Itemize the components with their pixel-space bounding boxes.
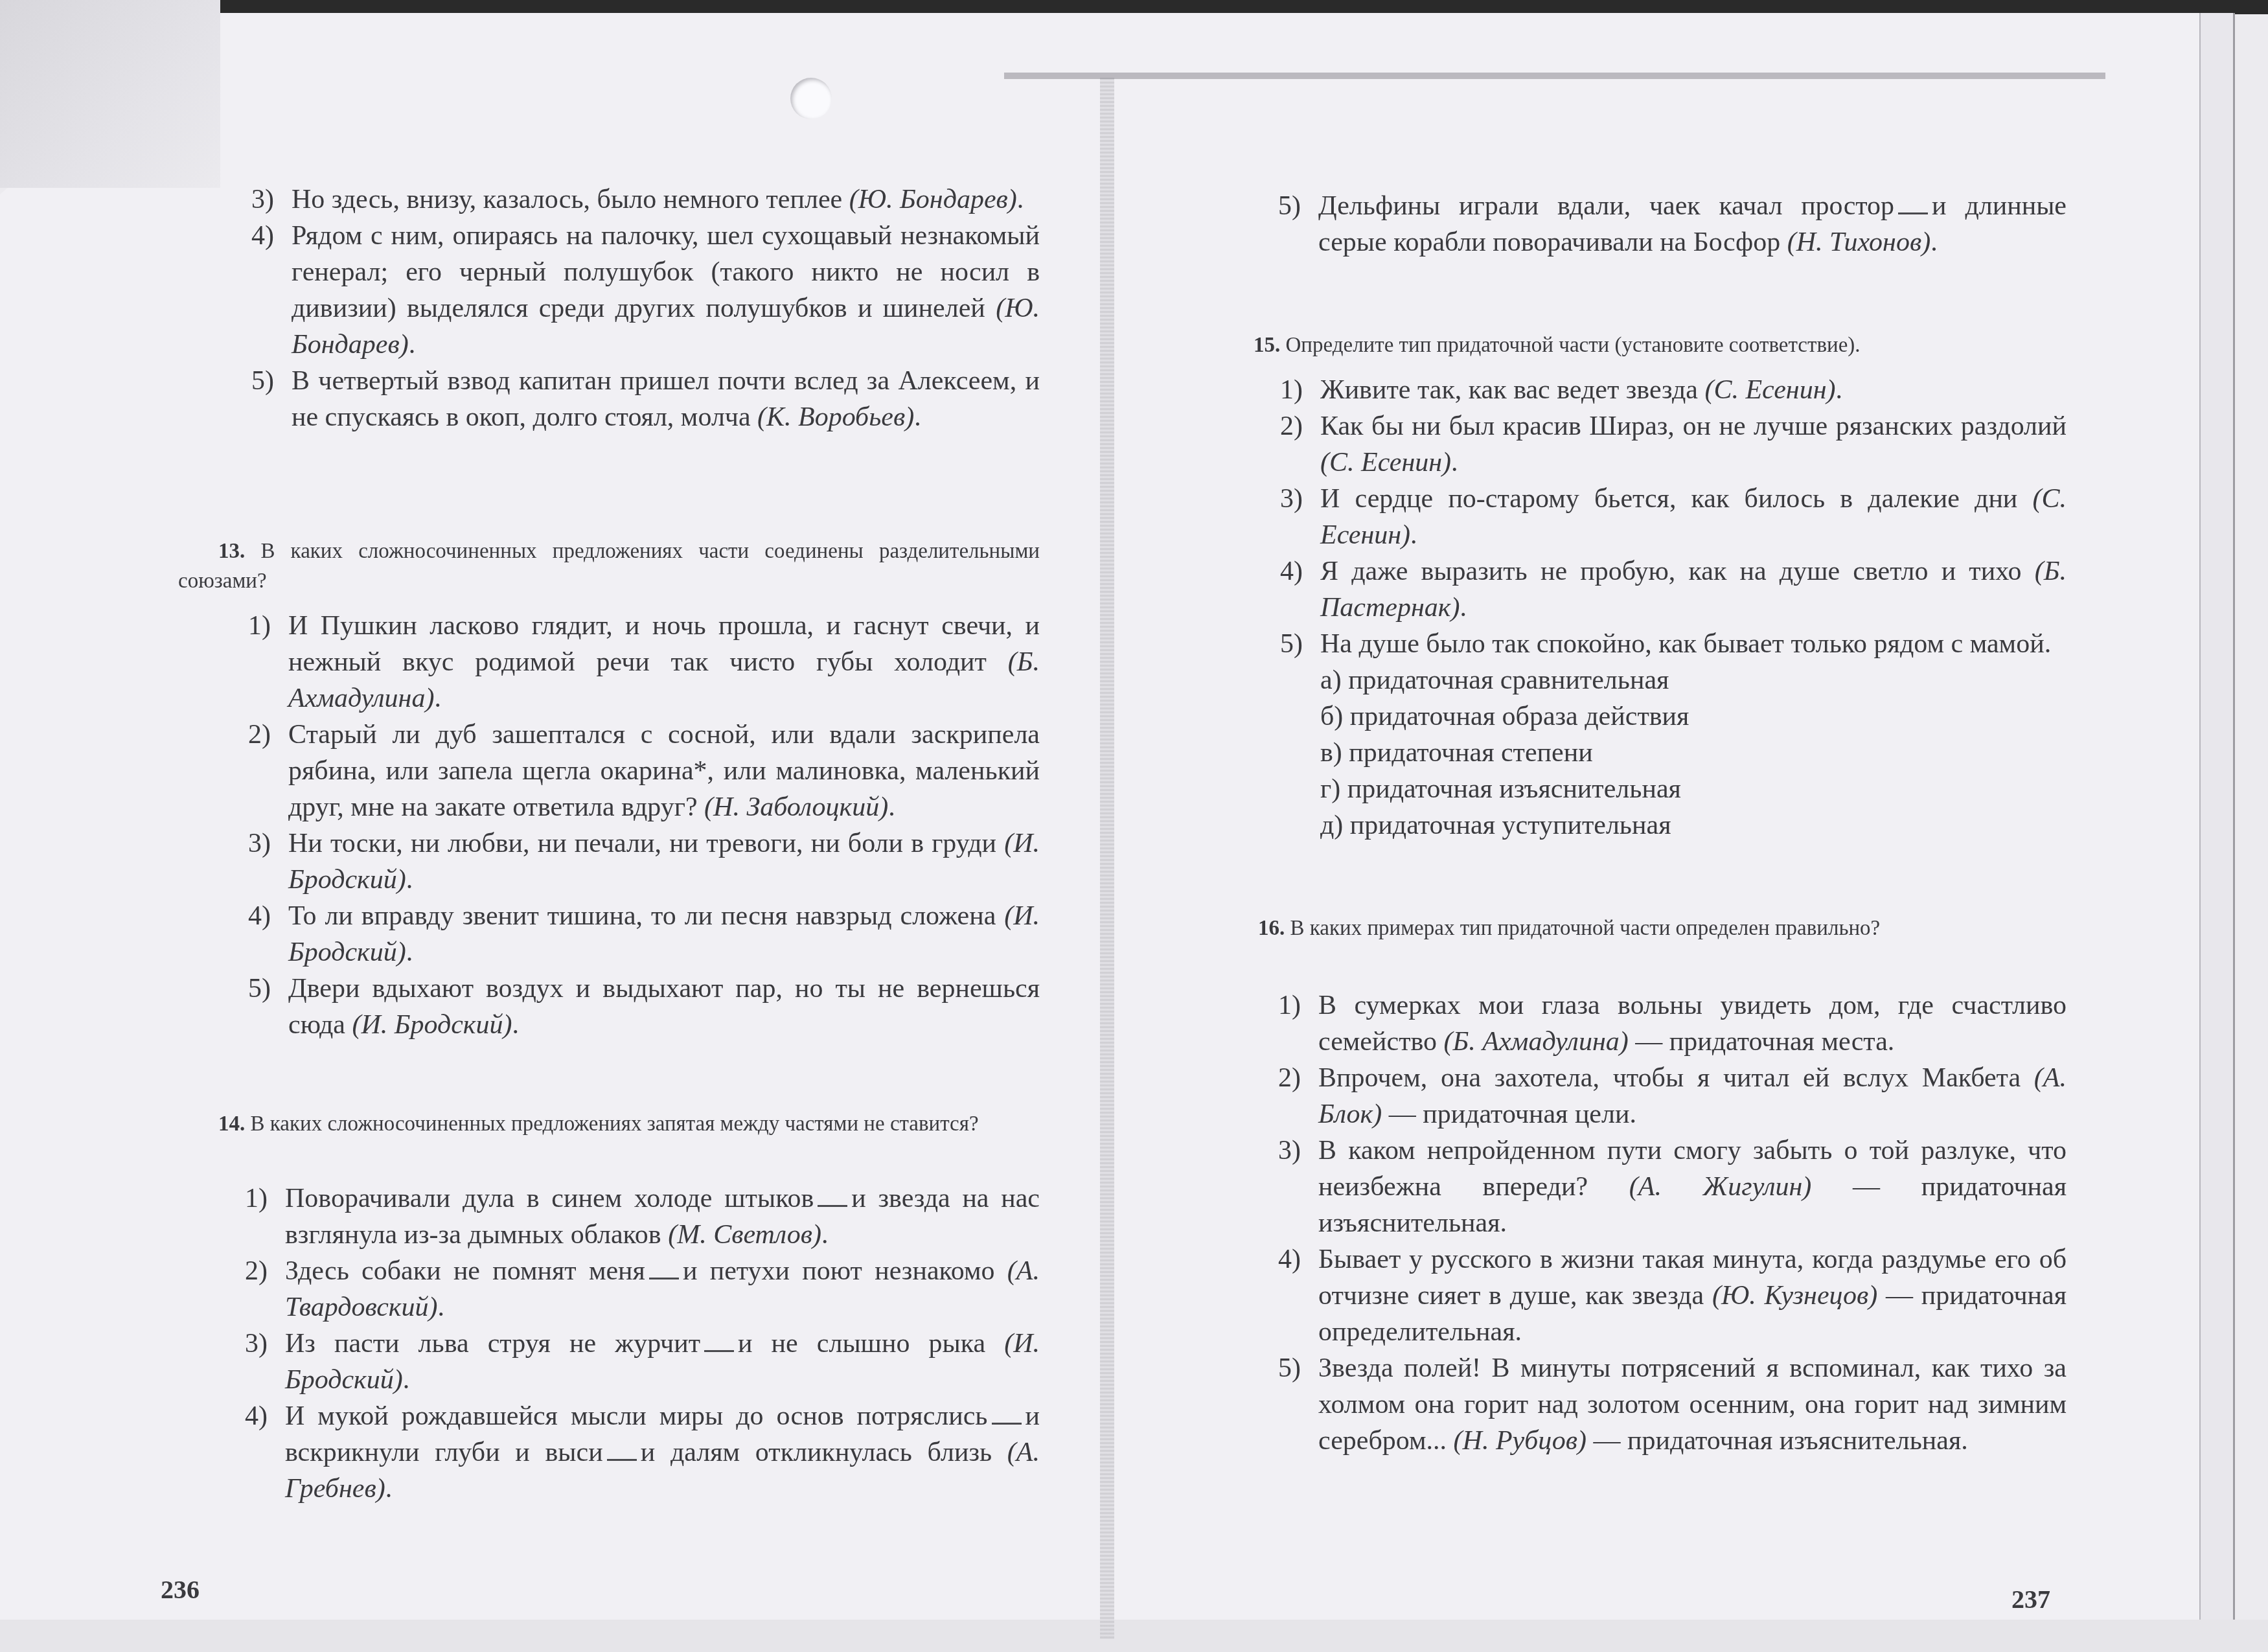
question-text: В каких сложносочиненных предложениях ча…: [178, 540, 1040, 593]
item-text: Впрочем, она захотела, чтобы я читал ей …: [1318, 1063, 2034, 1093]
answer-option: д) придаточная уступительная: [1320, 807, 2067, 843]
item-text: Старый ли дуб зашептался с сосной, или в…: [288, 720, 1040, 822]
option-letter: б): [1320, 702, 1343, 731]
list-item: 4) И мукой рождавшейся мысли миры до осн…: [285, 1398, 1040, 1507]
item-tail: — придаточная цели.: [1382, 1099, 1636, 1129]
item-number: 4): [251, 218, 274, 254]
item-author: (Н. Тихонов): [1787, 227, 1930, 257]
item-text: и не слышно рыка: [738, 1329, 1004, 1359]
item-author: (С. Есенин): [1704, 375, 1835, 405]
question-15-items: 1) Живите так, как вас ведет звезда (С. …: [1320, 372, 2067, 843]
list-item: 3) И сердце по-старому бьется, как билос…: [1320, 481, 2067, 553]
item-text: и далям откликнулась близь: [641, 1438, 1007, 1467]
item-number: 1): [248, 608, 271, 644]
list-item: 4) То ли вправду звенит тишина, то ли пе…: [288, 898, 1040, 970]
item-tail: .: [406, 937, 413, 967]
item-author: (С. Есенин): [1320, 448, 1451, 477]
list-item: 1) И Пушкин ласково глядит, и ночь прошл…: [288, 608, 1040, 717]
item-tail: .: [821, 1220, 829, 1250]
list-item: 2) Здесь собаки не помнят меняи петухи п…: [285, 1253, 1040, 1325]
item-number: 2): [1278, 1060, 1301, 1096]
item-tail: .: [403, 1365, 410, 1395]
list-item: 1) В сумерках мои глаза вольны увидеть д…: [1318, 987, 2067, 1060]
item-text: И сердце по-старому бьется, как билось в…: [1320, 484, 2033, 514]
item-author: (А. Жигулин): [1629, 1172, 1811, 1202]
item-text: То ли вправду звенит тишина, то ли песня…: [288, 901, 1004, 931]
punch-hole: [790, 78, 832, 119]
item-author: (К. Воробьев): [757, 402, 914, 432]
item-text: Дельфины играли вдали, чаек качал просто…: [1318, 191, 1894, 221]
list-item: 2) Впрочем, она захотела, чтобы я читал …: [1318, 1060, 2067, 1132]
page-edges-right: [2199, 13, 2235, 1620]
item-tail: .: [1451, 448, 1458, 477]
answer-option: а) придаточная сравнительная: [1320, 662, 2067, 698]
item-tail: — придаточная места.: [1629, 1027, 1895, 1057]
item-number: 3): [251, 181, 274, 218]
item-number: 3): [248, 825, 271, 862]
continued-items-left: 3) Но здесь, внизу, казалось, было немно…: [292, 181, 1040, 435]
item-tail: .: [1835, 375, 1842, 405]
item-number: 3): [1278, 1132, 1301, 1169]
question-text: В каких примерах тип придаточной части о…: [1290, 917, 1881, 940]
item-author: (Н. Рубцов): [1454, 1426, 1586, 1456]
item-number: 1): [1278, 987, 1301, 1024]
item-number: 5): [1280, 626, 1303, 662]
item-number: 5): [251, 363, 274, 399]
item-number: 4): [248, 898, 271, 934]
item-text: Рядом с ним, опираясь на палочку, шел су…: [292, 221, 1040, 323]
item-tail: .: [434, 683, 441, 713]
item-tail: .: [437, 1292, 444, 1322]
page-number: 237: [2011, 1584, 2050, 1614]
list-item: 3) Ни тоски, ни любви, ни печали, ни тре…: [288, 825, 1040, 898]
item-tail: .: [1930, 227, 1938, 257]
question-16-items: 1) В сумерках мои глаза вольны увидеть д…: [1318, 987, 2067, 1459]
item-tail: .: [1017, 185, 1024, 214]
item-text: И Пушкин ласково глядит, и ночь прошла, …: [288, 611, 1040, 677]
question-text: В каких сложносочиненных предложениях за…: [251, 1112, 979, 1136]
question-text: Определите тип придаточной части (устано…: [1286, 334, 1861, 357]
list-item: 1) Поворачивали дула в синем холоде штык…: [285, 1180, 1040, 1253]
item-text: На душе было так спокойно, как бывает то…: [1320, 629, 2051, 659]
list-item: 4) Бывает у русского в жизни такая минут…: [1318, 1241, 2067, 1350]
item-author: (И. Бродский): [352, 1010, 512, 1040]
list-item: 4) Рядом с ним, опираясь на палочку, шел…: [292, 218, 1040, 363]
list-item: 5) В четвертый взвод капитан пришел почт…: [292, 363, 1040, 435]
item-tail: .: [888, 792, 895, 822]
list-item: 5) Дельфины играли вдали, чаек качал про…: [1318, 188, 2067, 260]
list-item: 4) Я даже выразить не пробую, как на душ…: [1320, 553, 2067, 626]
option-letter: г): [1320, 774, 1340, 804]
option-text: придаточная степени: [1349, 738, 1592, 768]
item-tail: .: [385, 1474, 393, 1504]
bleed-through-rule: [1004, 73, 2105, 79]
item-number: 4): [1278, 1241, 1301, 1278]
option-text: придаточная изъяснительная: [1347, 774, 1681, 804]
item-number: 4): [1280, 553, 1303, 590]
option-letter: в): [1320, 738, 1342, 768]
blank-slot[interactable]: [704, 1350, 734, 1352]
question-15-prompt: 15. Определите тип придаточной части (ус…: [1254, 330, 2067, 360]
item-text: Здесь собаки не помнят меня: [285, 1256, 645, 1286]
item-text: Ни тоски, ни любви, ни печали, ни тревог…: [288, 829, 1004, 858]
item-tail: .: [1460, 593, 1467, 623]
item-text: Из пасти льва струя не журчит: [285, 1329, 700, 1359]
item-author: (Б. Ахмадулина): [1444, 1027, 1629, 1057]
item-tail: .: [1410, 520, 1417, 550]
item-text: Поворачивали дула в синем холоде штыков: [285, 1184, 814, 1213]
option-text: придаточная уступительная: [1350, 810, 1671, 840]
item-text: Живите так, как вас ведет звезда: [1320, 375, 1704, 405]
question-14-items: 1) Поворачивали дула в синем холоде штык…: [285, 1180, 1040, 1507]
option-letter: д): [1320, 810, 1343, 840]
item-number: 4): [245, 1398, 268, 1434]
continued-items-right: 5) Дельфины играли вдали, чаек качал про…: [1318, 188, 2067, 260]
item-number: 2): [248, 717, 271, 753]
paper-bottom-edge: [0, 1620, 2268, 1652]
item-number: 2): [245, 1253, 268, 1289]
item-tail: — придаточная изъяснительная.: [1586, 1426, 1968, 1456]
item-tail: .: [406, 865, 413, 895]
item-text: Как бы ни был красив Шираз, он не лучше …: [1320, 411, 2067, 441]
list-item: 3) Из пасти льва струя не журчити не слы…: [285, 1325, 1040, 1398]
question-13-prompt: 13. В каких сложносочиненных предложения…: [178, 536, 1040, 596]
item-number: 5): [248, 970, 271, 1007]
book-spine: [1100, 78, 1114, 1639]
question-14-prompt: 14. В каких сложносочиненных предложения…: [178, 1109, 1040, 1139]
item-text: и петухи поют незнакомо: [683, 1256, 1007, 1286]
list-item: 5) Звезда полей! В минуты потрясений я в…: [1318, 1350, 2067, 1459]
option-text: придаточная образа действия: [1350, 702, 1690, 731]
blank-slot[interactable]: [818, 1205, 847, 1207]
list-item: 5) Двери вдыхают воздух и выдыхают пар, …: [288, 970, 1040, 1043]
item-tail: .: [512, 1010, 519, 1040]
question-13-items: 1) И Пушкин ласково глядит, и ночь прошл…: [288, 608, 1040, 1043]
item-number: 1): [245, 1180, 268, 1217]
list-item: 1) Живите так, как вас ведет звезда (С. …: [1320, 372, 2067, 408]
blank-slot[interactable]: [1898, 212, 1928, 214]
item-number: 3): [245, 1325, 268, 1362]
item-author: (Ю. Кузнецов): [1712, 1281, 1877, 1311]
list-item: 3) В каком непройденном пути смогу забыт…: [1318, 1132, 2067, 1241]
answer-option: б) придаточная образа действия: [1320, 698, 2067, 735]
answer-option: г) придаточная изъяснительная: [1320, 771, 2067, 807]
blank-slot[interactable]: [992, 1423, 1022, 1425]
list-item: 5) На душе было так спокойно, как бывает…: [1320, 626, 2067, 662]
blank-slot[interactable]: [607, 1459, 637, 1461]
list-item: 2) Старый ли дуб зашептался с сосной, ил…: [288, 717, 1040, 825]
question-number: 16.: [1258, 917, 1285, 940]
folded-corner: [0, 0, 220, 188]
item-text: И мукой рождавшейся мысли миры до основ …: [285, 1401, 988, 1431]
item-number: 5): [1278, 1350, 1301, 1386]
question-number: 14.: [218, 1112, 245, 1136]
item-number: 1): [1280, 372, 1303, 408]
item-author: (Ю. Бондарев): [849, 185, 1017, 214]
item-tail: .: [914, 402, 921, 432]
item-tail: .: [409, 330, 416, 360]
option-letter: а): [1320, 665, 1342, 695]
question-number: 13.: [218, 540, 245, 563]
scanner-edge: [0, 0, 2268, 14]
item-text: Я даже выразить не пробую, как на душе с…: [1320, 556, 2035, 586]
list-item: 2) Как бы ни был красив Шираз, он не луч…: [1320, 408, 2067, 481]
page-number: 236: [161, 1574, 200, 1605]
item-number: 5): [1278, 188, 1301, 224]
item-number: 2): [1280, 408, 1303, 444]
item-text: Но здесь, внизу, казалось, было немного …: [292, 185, 849, 214]
question-16-prompt: 16. В каких примерах тип придаточной час…: [1250, 913, 2067, 943]
blank-slot[interactable]: [649, 1278, 679, 1279]
list-item: 3) Но здесь, внизу, казалось, было немно…: [292, 181, 1040, 218]
question-number: 15.: [1254, 334, 1280, 357]
option-text: придаточная сравнительная: [1348, 665, 1669, 695]
item-author: (Н. Заболоцкий): [704, 792, 888, 822]
item-text: В четвертый взвод капитан пришел почти в…: [292, 366, 1040, 432]
answer-option: в) придаточная степени: [1320, 735, 2067, 771]
item-number: 3): [1280, 481, 1303, 517]
item-author: (М. Светлов): [668, 1220, 821, 1250]
